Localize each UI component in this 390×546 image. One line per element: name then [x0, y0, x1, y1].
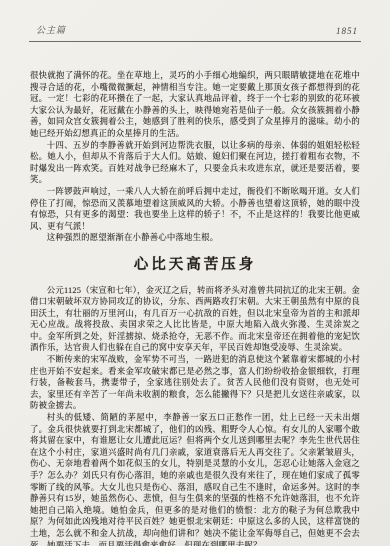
paragraph: 一阵锣鼓声响过，一乘八人大轿在前呼后拥中走过，衙役们不断吆喝开道。女人们停住了打…: [30, 186, 360, 232]
running-title: 公主篇: [36, 23, 66, 36]
section-paragraph: 不断传来的宋军战败，金军势不可当，一路进犯的消息使这个紧靠着宋都城的小村庄也开始…: [30, 354, 360, 412]
chapter-heading: 心比天高苦压身: [30, 260, 360, 272]
section-paragraph: 公元1125（宋宣和七年），金灭辽之后，转而将矛头对准曾共同抗辽的北宋王朝。金借…: [30, 285, 360, 355]
paragraph: 这种强烈的愿望渐渐在小静善心中落地生根。: [30, 232, 360, 244]
page-body: 很快就抱了满怀的花。坐在草地上，灵巧的小手细心地编织，两只眼睛敏捷地在花堆中搜寻…: [0, 42, 390, 546]
paragraph: 十四、五岁的李静善就开始到河边帮洗衣服，以让多病的母亲、体弱的姐姐轻松轻松。她人…: [30, 140, 360, 186]
page-number: 1851: [336, 26, 358, 36]
section-paragraph: 村头的低矮、简陋的茅屋中，李静善一家五口正愁作一团，灶上已经一天未出烟了。金兵很…: [30, 412, 360, 546]
paragraph: 很快就抱了满怀的花。坐在草地上，灵巧的小手细心地编织，两只眼睛敏捷地在花堆中搜寻…: [30, 70, 360, 140]
book-page: 公主篇 1851 很快就抱了满怀的花。坐在草地上，灵巧的小手细心地编织，两只眼睛…: [0, 0, 390, 546]
page-header: 公主篇 1851: [0, 0, 390, 36]
